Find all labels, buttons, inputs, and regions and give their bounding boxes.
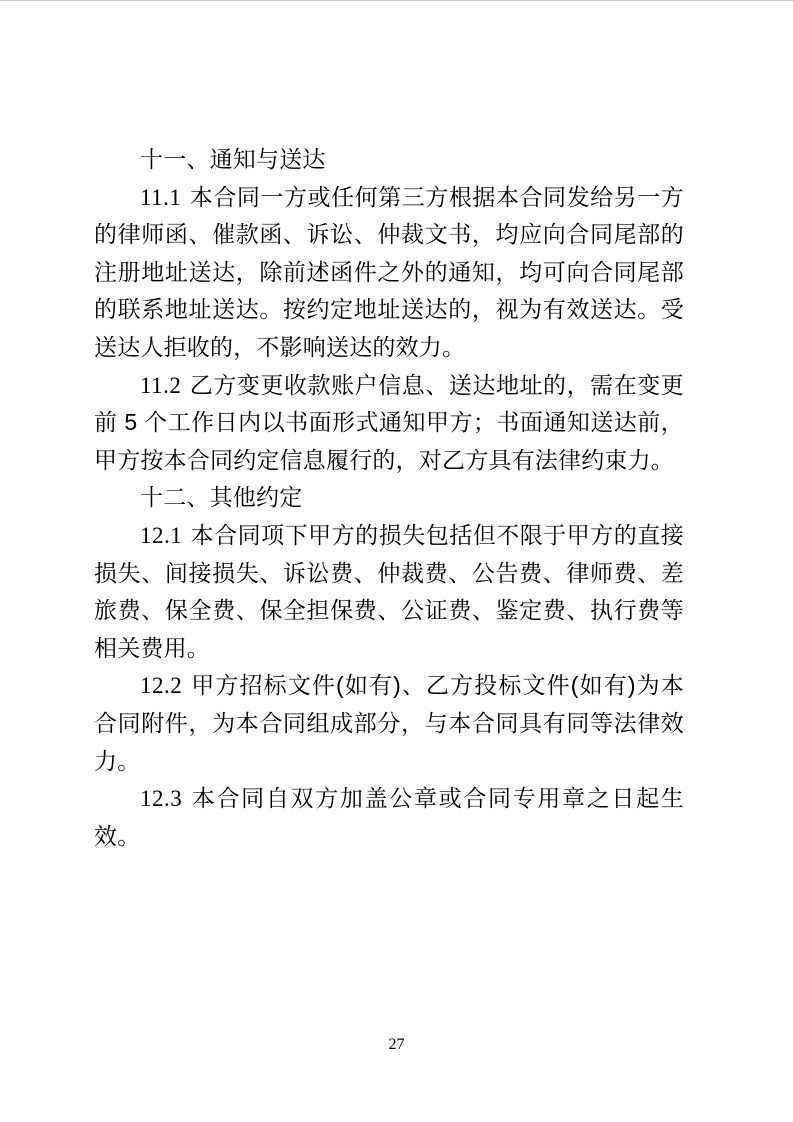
page-top-edge-line	[0, 0, 793, 1]
contract-page: 十一、通知与送达 11.1本合同一方或任何第三方根据本合同发给另一方的律师函、催…	[0, 0, 793, 1122]
clause-number: 12.1	[140, 523, 182, 548]
page-body: 十一、通知与送达 11.1本合同一方或任何第三方根据本合同发给另一方的律师函、催…	[94, 141, 684, 855]
clause-text: 甲方招标文件(如有)、乙方投标文件(如有)为本合同附件，为本合同组成部分，与本合…	[94, 672, 684, 773]
clause-text: 乙方变更收款账户信息、送达地址的，需在变更前 5 个工作日内以书面形式通知甲方；…	[94, 372, 684, 473]
section-heading-12: 十二、其他约定	[94, 479, 684, 517]
clause-11-1: 11.1本合同一方或任何第三方根据本合同发给另一方的律师函、催款函、诉讼、仲裁文…	[94, 179, 684, 367]
clause-number: 12.2	[140, 673, 182, 698]
clause-12-3: 12.3本合同自双方加盖公章或合同专用章之日起生效。	[94, 780, 684, 855]
clause-12-2: 12.2甲方招标文件(如有)、乙方投标文件(如有)为本合同附件，为本合同组成部分…	[94, 667, 684, 780]
clause-text: 本合同项下甲方的损失包括但不限于甲方的直接损失、间接损失、诉讼费、仲裁费、公告费…	[94, 522, 684, 661]
clause-number: 11.2	[140, 373, 181, 398]
section-heading-11: 十一、通知与送达	[94, 141, 684, 179]
clause-text: 本合同一方或任何第三方根据本合同发给另一方的律师函、催款函、诉讼、仲裁文书，均应…	[94, 184, 684, 360]
clause-11-2: 11.2乙方变更收款账户信息、送达地址的，需在变更前 5 个工作日内以书面形式通…	[94, 367, 684, 480]
clause-12-1: 12.1本合同项下甲方的损失包括但不限于甲方的直接损失、间接损失、诉讼费、仲裁费…	[94, 517, 684, 667]
clause-number: 12.3	[140, 786, 182, 811]
page-footer: 27	[0, 1036, 793, 1054]
clause-number: 11.1	[140, 185, 181, 210]
page-number: 27	[389, 1036, 405, 1053]
clause-text: 本合同自双方加盖公章或合同专用章之日起生效。	[94, 785, 684, 849]
